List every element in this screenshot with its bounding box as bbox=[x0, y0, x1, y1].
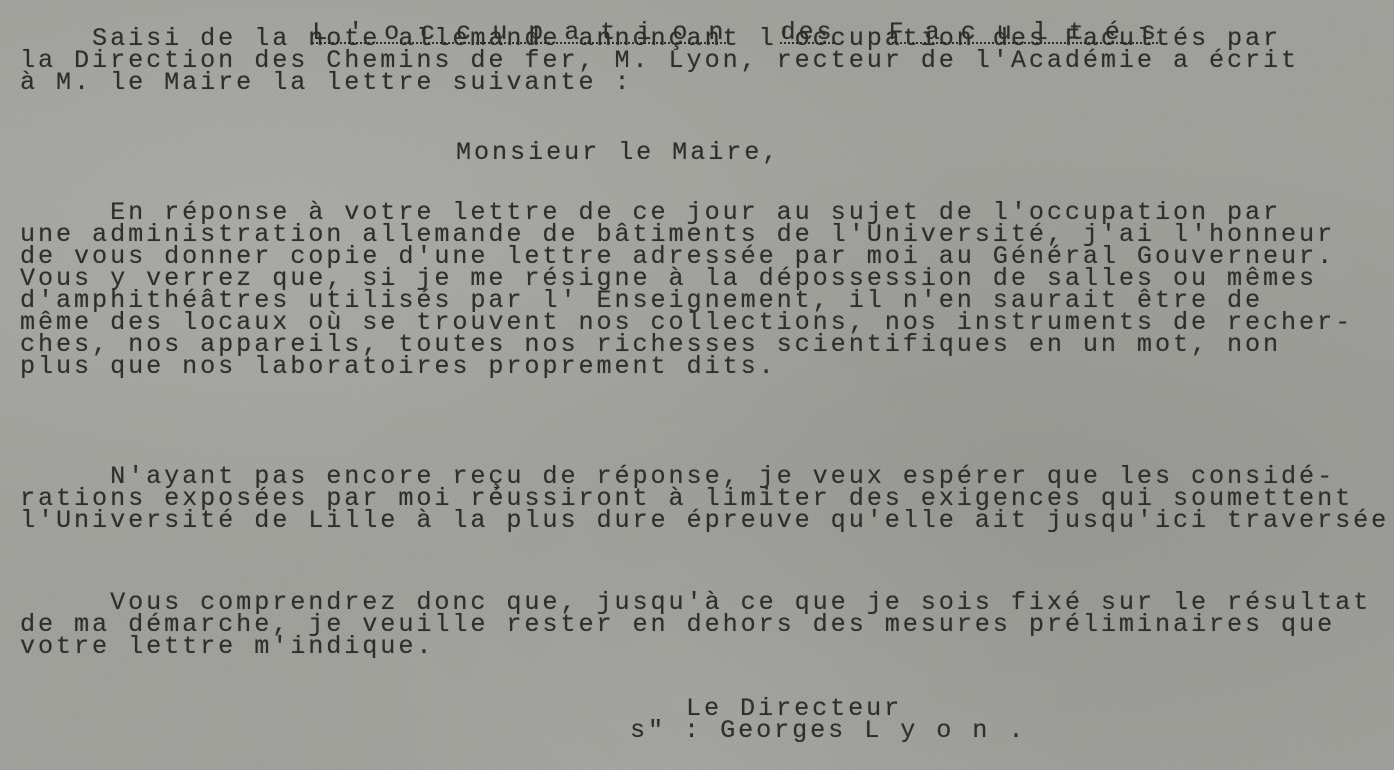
paragraph-2-line-3: l'Université de Lille à la plus dure épr… bbox=[20, 510, 1389, 532]
salutation: Monsieur le Maire, bbox=[456, 142, 780, 164]
signature: s" : Georges L y o n . bbox=[630, 720, 1026, 742]
paragraph-3-line-3: votre lettre m'indique. bbox=[20, 636, 434, 658]
intro-line-3: à M. le Maire la lettre suivante : bbox=[20, 72, 633, 94]
scanned-letter-page: L ' o c c u p a t i o n des F a c u l t … bbox=[0, 0, 1394, 770]
paragraph-1-line-8: plus que nos laboratoires proprement dit… bbox=[20, 356, 777, 378]
